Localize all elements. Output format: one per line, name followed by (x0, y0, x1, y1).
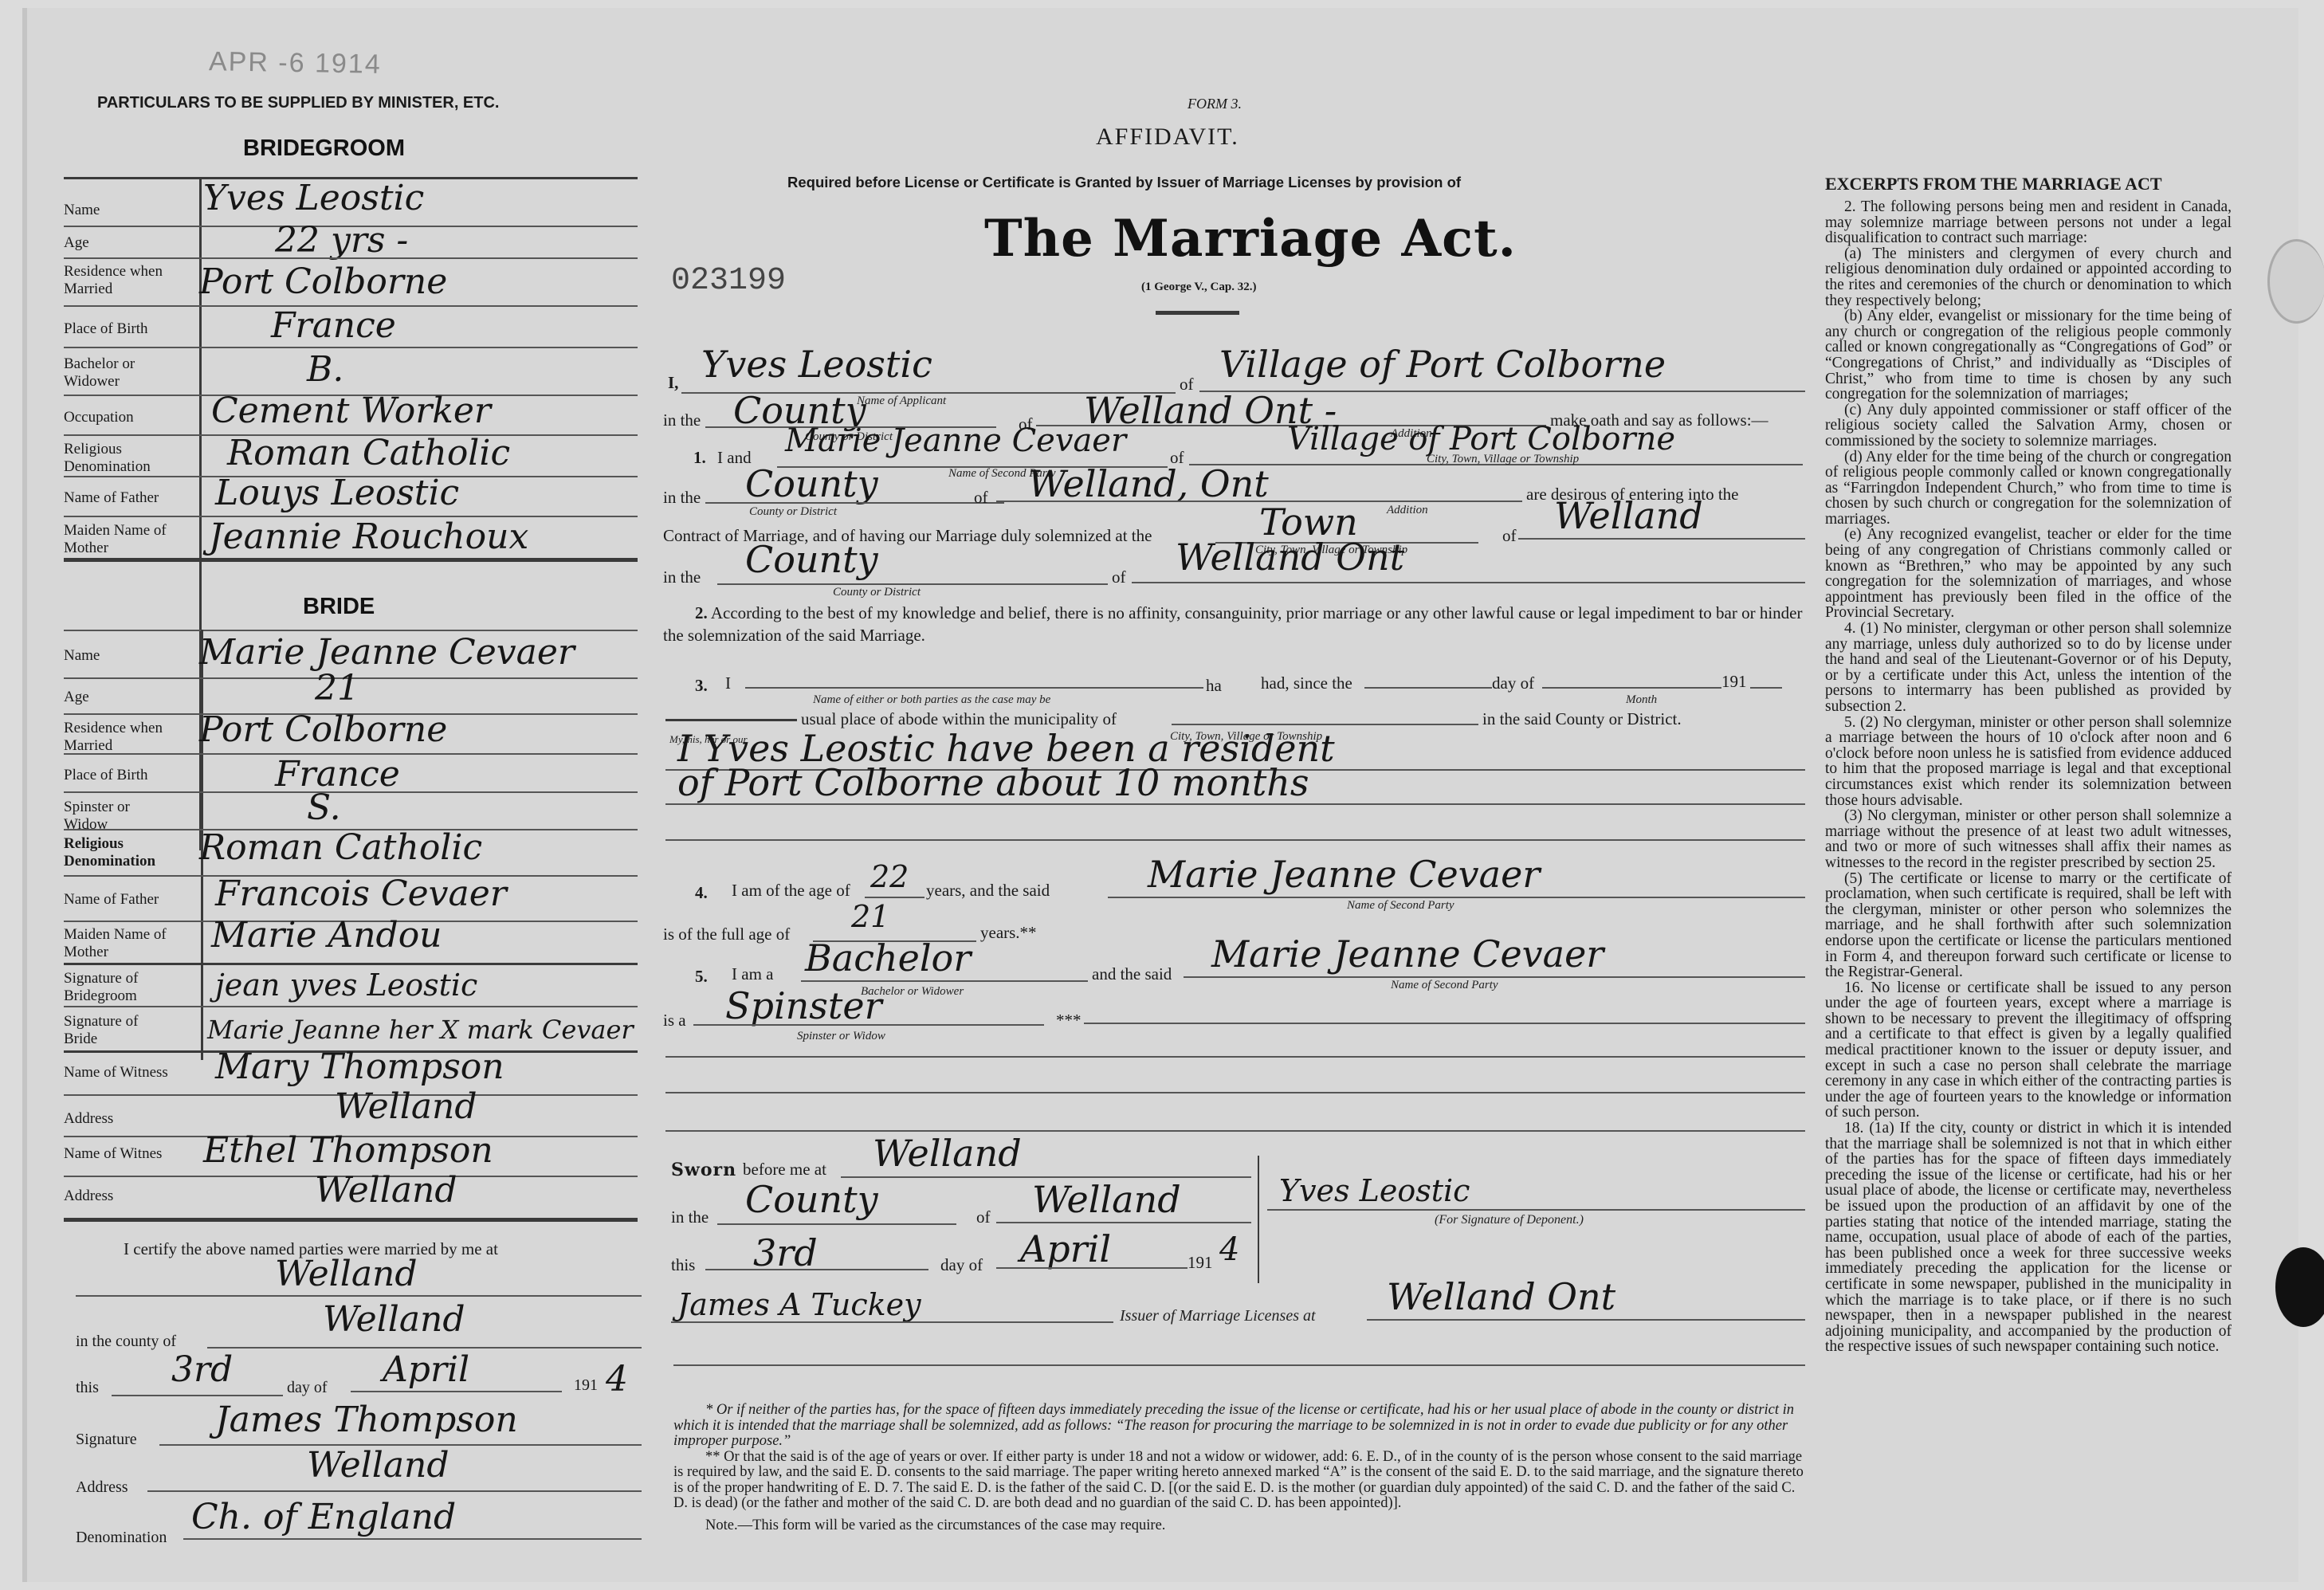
clause5-is-a: is a (663, 1011, 686, 1031)
minister-denomination: Ch. of England (191, 1498, 456, 1537)
excerpt-paragraph: (a) The ministers and clergymen of every… (1825, 246, 2232, 308)
value-groom-name: Yves Leostic (203, 179, 424, 218)
label-witness2-address: Address (64, 1188, 113, 1205)
label-bride-name: Name (64, 647, 100, 665)
form-number: FORM 3. (1188, 96, 1242, 112)
value-bride-religion: Roman Catholic (199, 829, 482, 867)
clause5-second-party: Marie Jeanne Cevaer (1211, 932, 1604, 976)
clause3-names-caption: Name of either or both parties as the ca… (813, 693, 1050, 707)
label-bride-residence: Residence when Married (64, 720, 191, 755)
excerpts-body: 2. The following persons being men and r… (1825, 199, 2232, 1355)
clause1-second-party: Marie Jeanne Cevaer (785, 422, 1126, 459)
clause5-status: Bachelor (805, 936, 971, 980)
value-bride-name: Marie Jeanne Cevaer (199, 634, 575, 672)
clause1-of2: of (974, 488, 988, 508)
clause1-of3: of (1502, 526, 1517, 546)
sworn-county-name: Welland (1032, 1178, 1181, 1221)
clause5-and-said: and the said (1092, 964, 1172, 984)
certify-year-prefix: 191 (574, 1376, 598, 1395)
clause4-second-party: Marie Jeanne Cevaer (1148, 853, 1540, 896)
value-bride-signature: Marie Jeanne her X mark Cevaer (207, 1011, 634, 1049)
clause3-prefix: I (725, 673, 731, 693)
act-name: The Marriage Act. (984, 209, 1517, 269)
value-groom-signature: jean yves Leostic (215, 966, 477, 1004)
clause-2: 2. According to the best of my knowledge… (663, 602, 1803, 646)
clause5-stars: *** (1056, 1011, 1082, 1031)
clause5-second-status: Spinster (725, 984, 882, 1027)
clause3-had-since: had, since the (1261, 673, 1352, 693)
serial-number: 023199 (671, 263, 786, 299)
excerpt-paragraph: (b) Any elder, evangelist or missionary … (1825, 308, 2232, 402)
excerpt-paragraph: (c) Any duly appointed commissioner or s… (1825, 402, 2232, 450)
clause4-years-and: years, and the said (926, 881, 1050, 901)
deponent-caption: (For Signature of Deponent.) (1435, 1213, 1584, 1227)
deponent-signature: Yves Leostic (1279, 1173, 1470, 1208)
address-label: Address (76, 1478, 128, 1497)
clause1-of4: of (1112, 567, 1126, 587)
label-groom-age: Age (64, 234, 89, 252)
signature-label: Signature (76, 1431, 137, 1449)
footnote-note: Note.—This form will be varied as the ci… (673, 1518, 1805, 1534)
clause2-num: 2. (695, 603, 708, 622)
certify-county: Welland (323, 1301, 465, 1339)
clause4-prefix: I am of the age of (732, 881, 850, 901)
clause5-num: 5. (695, 967, 708, 987)
clause1-county-caption: County or District (749, 505, 837, 519)
minister-signature: James Thompson (215, 1401, 518, 1439)
value-groom-religion: Roman Catholic (227, 434, 510, 473)
clause4-full-age: is of the full age of (663, 925, 790, 944)
clause1-addition-caption: Addition (1387, 504, 1428, 517)
this-label: this (76, 1379, 99, 1397)
act-citation: (1 George V., Cap. 32.) (1141, 281, 1256, 294)
clause3-ha: ha (1206, 676, 1222, 696)
clause1-num: 1. (693, 448, 706, 468)
clause3-day-of: day of (1492, 673, 1534, 693)
clause5-second-status-caption: Spinster or Widow (797, 1030, 885, 1043)
clause3-num: 3. (695, 676, 708, 696)
bride-heading: BRIDE (303, 594, 375, 620)
applicant-name: Yves Leostic (701, 343, 932, 386)
denomination-label: Denomination (76, 1529, 167, 1547)
applicant-residence: Village of Port Colborne (1219, 343, 1666, 386)
label-bride-father: Name of Father (64, 891, 159, 909)
label-groom-residence: Residence when Married (64, 263, 191, 298)
minister-address: Welland (307, 1447, 449, 1485)
value-witness1-name: Mary Thompson (215, 1048, 504, 1086)
value-bride-age: 21 (315, 669, 359, 708)
label-groom-birthplace: Place of Birth (64, 320, 148, 338)
sworn-word: Sworn (671, 1160, 736, 1180)
sworn-in-the: in the (671, 1207, 709, 1227)
value-groom-mother: Jeannie Rouchoux (209, 518, 528, 556)
clause3-month-caption: Month (1626, 693, 1657, 707)
excerpt-paragraph: 2. The following persons being men and r… (1825, 199, 2232, 246)
value-groom-father: Louys Leostic (215, 474, 459, 512)
affidavit-footnotes: * Or if neither of the parties has, for … (673, 1403, 1805, 1533)
punch-hole-top (2267, 239, 2324, 324)
received-stamp: APR -6 1914 (209, 46, 382, 80)
label-witness1-name: Name of Witness (64, 1064, 168, 1082)
value-witness1-address: Welland (335, 1088, 477, 1126)
sworn-day: 3rd (753, 1231, 818, 1274)
value-witness2-address: Welland (315, 1172, 457, 1210)
label-groom-status: Bachelor or Widower (64, 355, 151, 391)
value-bride-father: Francois Cevaer (215, 875, 507, 913)
certify-day: 3rd (171, 1351, 233, 1389)
value-groom-occupation: Cement Worker (211, 392, 491, 430)
clause5-prefix: I am a (732, 964, 773, 984)
excerpt-paragraph: (d) Any elder for the time being of the … (1825, 450, 2232, 528)
value-bride-mother: Marie Andou (211, 917, 442, 955)
certify-year-suffix: 4 (606, 1359, 628, 1400)
sworn-of: of (976, 1207, 991, 1227)
excerpt-paragraph: 16. No license or certificate shall be i… (1825, 980, 2232, 1121)
label-groom-occupation: Occupation (64, 409, 134, 426)
value-groom-age: 22 yrs - (275, 222, 408, 260)
clause3-year: 191 (1721, 672, 1747, 692)
clause4-years: years.** (980, 923, 1037, 943)
value-groom-birthplace: France (271, 307, 396, 345)
certify-month: April (383, 1351, 469, 1389)
sworn-place: Welland (873, 1132, 1022, 1175)
clause4-second-age: 21 (851, 899, 889, 934)
sworn-year-suffix: 4 (1219, 1231, 1239, 1268)
clause1-contract: Contract of Marriage, and of having our … (663, 526, 1152, 546)
issuer-label: Issuer of Marriage Licenses at (1120, 1307, 1316, 1325)
excerpt-paragraph: (5) The certificate or license to marry … (1825, 871, 2232, 980)
clause1-in-the2: in the (663, 567, 701, 587)
excerpt-paragraph: 4. (1) No minister, clergyman or other p… (1825, 621, 2232, 715)
applicant-caption: Name of Applicant (857, 395, 946, 408)
clause1-county-type: County (745, 462, 878, 505)
clause1-place-name: Welland (1554, 494, 1703, 537)
label-groom-father: Name of Father (64, 489, 159, 507)
sworn-this: this (671, 1255, 695, 1275)
clause3-handwritten-line2: of Port Colborne about 10 months (677, 761, 1309, 804)
clause1-county-type2: County (745, 538, 878, 581)
sworn-month: April (1020, 1227, 1111, 1270)
label-bride-religion: Religious Denomination (64, 835, 167, 870)
punch-hole-bottom (2275, 1247, 2324, 1327)
clause1-in-the: in the (663, 488, 701, 508)
excerpt-paragraph: 18. (1a) If the city, county or district… (1825, 1121, 2232, 1355)
value-groom-residence: Port Colborne (199, 263, 447, 301)
excerpts-title: EXCERPTS FROM THE MARRIAGE ACT (1825, 174, 2162, 194)
excerpt-paragraph: (3) No clergyman, minister or other pers… (1825, 808, 2232, 870)
label-bride-mother: Maiden Name of Mother (64, 926, 199, 961)
label-groom-mother: Maiden Name of Mother (64, 522, 199, 557)
clause1-residence-caption: City, Town, Village or Township (1427, 453, 1579, 466)
sworn-year-prefix: 191 (1188, 1253, 1213, 1273)
clause4-num: 4. (695, 883, 708, 903)
label-witness1-address: Address (64, 1110, 113, 1128)
value-bride-residence: Port Colborne (199, 711, 447, 749)
value-witness2-name: Ethel Thompson (203, 1132, 493, 1170)
clause1-county-name: Welland, Ont (1028, 462, 1269, 505)
clause5-second-party-caption: Name of Second Party (1391, 979, 1498, 992)
clause4-age: 22 (870, 859, 909, 894)
clause1-county-caption2: County or District (833, 586, 921, 599)
affidavit-title: AFFIDAVIT. (1096, 124, 1239, 151)
value-groom-status: B. (307, 351, 343, 389)
excerpt-paragraph: 5. (2) No clergyman, minister or other p… (1825, 715, 2232, 809)
label-witness2-name: Name of Witnes (64, 1145, 162, 1163)
affidavit-subtitle: Required before License or Certificate i… (787, 174, 1461, 191)
value-bride-status: S. (307, 789, 341, 827)
issuer-signature: James A Tuckey (677, 1287, 921, 1322)
excerpt-paragraph: (e) Any recognized evangelist, teacher o… (1825, 527, 2232, 621)
clause1-county-name2: Welland Ont (1176, 536, 1404, 579)
issuer-place: Welland Ont (1387, 1275, 1615, 1318)
footnote-star1: * Or if neither of the parties has, for … (673, 1403, 1805, 1450)
label-bride-signature: Signature of Bride (64, 1013, 159, 1048)
sworn-before-me: before me at (743, 1160, 826, 1180)
label-bride-birthplace: Place of Birth (64, 767, 148, 784)
certify-place: Welland (275, 1255, 418, 1294)
county-label: in the county of (76, 1333, 176, 1351)
clause2-text: According to the best of my knowledge an… (663, 603, 1802, 645)
label-groom-religion: Religious Denomination (64, 441, 167, 476)
particulars-header: PARTICULARS TO BE SUPPLIED BY MINISTER, … (97, 94, 500, 112)
day-of-label: day of (287, 1379, 328, 1397)
intro-prefix: I, (668, 373, 678, 393)
clause4-second-party-caption: Name of Second Party (1347, 899, 1454, 913)
intro-in-the: in the (663, 410, 701, 430)
sworn-county-type: County (745, 1178, 878, 1221)
label-groom-signature: Signature of Bridegroom (64, 970, 159, 1005)
footnote-star2: ** Or that the said is of the age of yea… (673, 1450, 1805, 1512)
clause3-county-district: in the said County or District. (1482, 709, 1682, 729)
label-bride-age: Age (64, 689, 89, 706)
label-groom-name: Name (64, 202, 100, 219)
sworn-day-of: day of (940, 1255, 983, 1275)
document-page: APR -6 1914 PARTICULARS TO BE SUPPLIED B… (0, 0, 2324, 1590)
bridegroom-heading: BRIDEGROOM (243, 135, 405, 162)
